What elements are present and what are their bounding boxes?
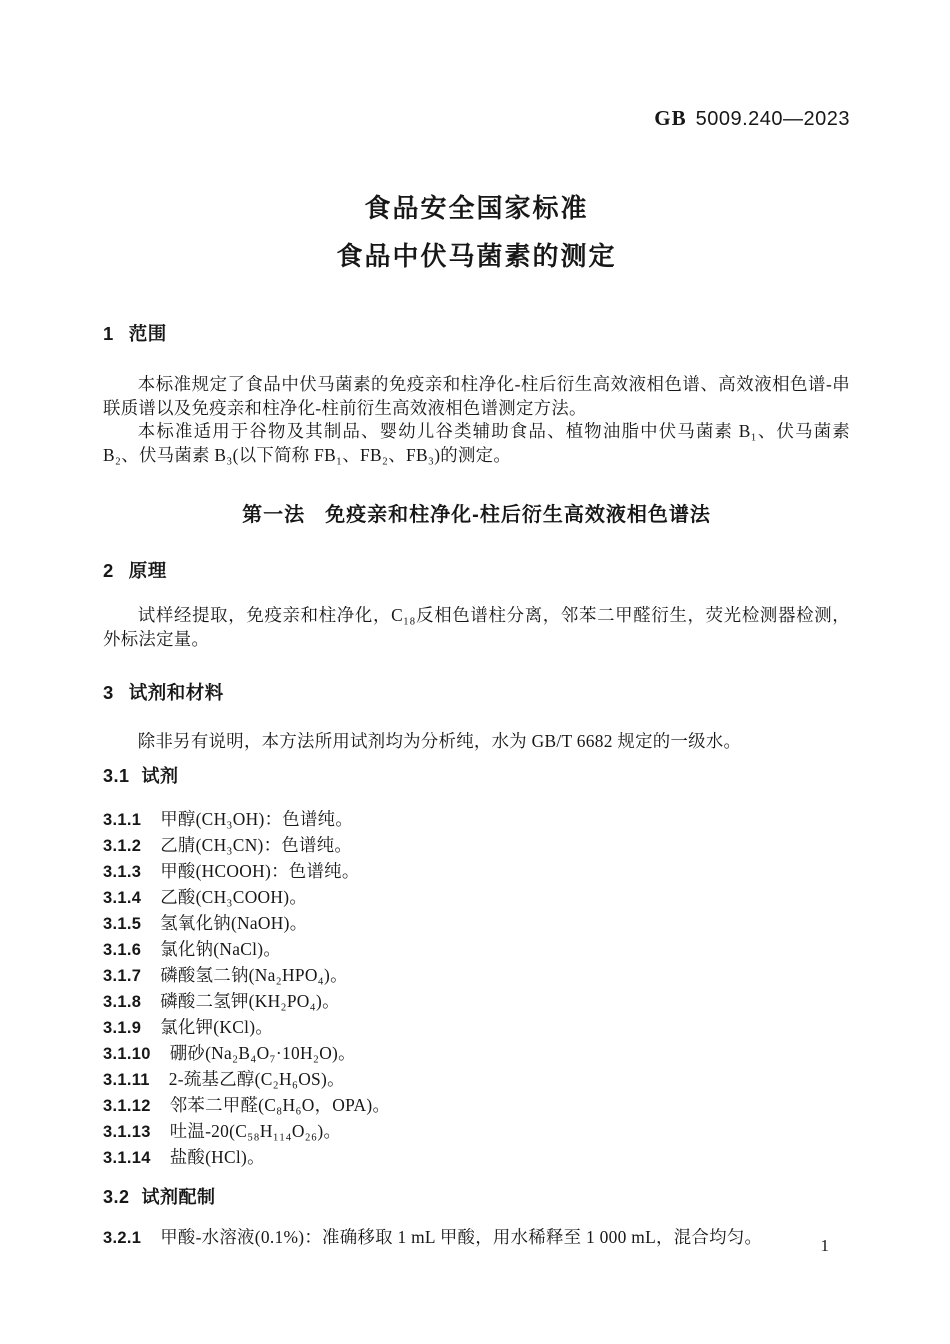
reagent-clause: 3.1.8磷酸二氢钾(KH₂PO₄)。 (103, 989, 850, 1015)
preparation-list: 3.2.1甲酸-水溶液(0.1%)：准确移取 1 mL 甲酸，用水稀释至 1 0… (103, 1225, 850, 1251)
clause-text: 氯化钾(KCl)。 (160, 1017, 273, 1037)
clause-text: 吐温-20(C₅₈H₁₁₄O₂₆)。 (170, 1121, 342, 1141)
scope-paragraph-1: 本标准规定了食品中伏马菌素的免疫亲和柱净化-柱后衍生高效液相色谱、高效液相色谱-… (103, 373, 850, 420)
clause-number: 3.1.5 (103, 912, 141, 937)
reagent-clause: 3.1.3甲酸(HCOOH)：色谱纯。 (103, 859, 850, 885)
clause-text: 甲醇(CH₃OH)：色谱纯。 (160, 809, 353, 829)
clause-text: 乙酸(CH₃COOH)。 (160, 887, 307, 907)
section-2-number: 2 (103, 560, 114, 582)
clause-number: 3.1.10 (103, 1042, 151, 1067)
scope-paragraph-2: 本标准适用于谷物及其制品、婴幼儿谷类辅助食品、植物油脂中伏马菌素 B₁、伏马菌素… (103, 420, 850, 467)
reagents-note-paragraph: 除非另有说明，本方法所用试剂均为分析纯，水为 GB/T 6682 规定的一级水。 (103, 730, 850, 754)
clause-number: 3.1.9 (103, 1016, 141, 1041)
section-1-number: 1 (103, 323, 114, 345)
standard-document-page: GB5009.240—2023 食品安全国家标准 食品中伏马菌素的测定 1范围 … (0, 0, 950, 1344)
clause-number: 3.1.6 (103, 938, 141, 963)
clause-number: 3.2.1 (103, 1226, 141, 1251)
section-3-number: 3 (103, 682, 114, 704)
clause-text: 氯化钠(NaCl)。 (160, 939, 281, 959)
preparation-clause: 3.2.1甲酸-水溶液(0.1%)：准确移取 1 mL 甲酸，用水稀释至 1 0… (103, 1225, 850, 1251)
reagent-clause: 3.1.4乙酸(CH₃COOH)。 (103, 885, 850, 911)
clause-text: 乙腈(CH₃CN)：色谱纯。 (160, 835, 352, 855)
reagent-clause: 3.1.10硼砂(Na₂B₄O₇·10H₂O)。 (103, 1041, 850, 1067)
page-number: 1 (821, 1236, 830, 1256)
reagent-clause: 3.1.2乙腈(CH₃CN)：色谱纯。 (103, 833, 850, 859)
clause-text: 硼砂(Na₂B₄O₇·10H₂O)。 (170, 1043, 356, 1063)
clause-text: 甲酸(HCOOH)：色谱纯。 (160, 861, 359, 881)
reagent-clause: 3.1.12邻苯二甲醛(C₈H₆O，OPA)。 (103, 1093, 850, 1119)
section-3-1-number: 3.1 (103, 766, 130, 787)
section-1-heading: 1范围 (103, 323, 850, 345)
clause-text: 2-巯基乙醇(C₂H₆OS)。 (169, 1069, 345, 1089)
reagent-clause: 3.1.6氯化钠(NaCl)。 (103, 937, 850, 963)
section-3-heading: 3试剂和材料 (103, 682, 850, 704)
clause-number: 3.1.4 (103, 886, 141, 911)
clause-number: 3.1.2 (103, 834, 141, 859)
document-title-line1: 食品安全国家标准 (103, 193, 850, 223)
section-3-2-number: 3.2 (103, 1187, 130, 1208)
section-3-2-heading: 3.2试剂配制 (103, 1187, 850, 1208)
reagent-clause: 3.1.9氯化钾(KCl)。 (103, 1015, 850, 1041)
document-title-line2: 食品中伏马菌素的测定 (103, 241, 850, 271)
clause-text: 甲酸-水溶液(0.1%)：准确移取 1 mL 甲酸，用水稀释至 1 000 mL… (160, 1227, 762, 1247)
section-3-2-title: 试剂配制 (142, 1187, 216, 1207)
clause-number: 3.1.7 (103, 964, 141, 989)
clause-text: 邻苯二甲醛(C₈H₆O，OPA)。 (170, 1095, 390, 1115)
principle-paragraph: 试样经提取，免疫亲和柱净化，C₁₈反相色谱柱分离，邻苯二甲醛衍生，荧光检测器检测… (103, 604, 850, 651)
clause-number: 3.1.8 (103, 990, 141, 1015)
reagent-list: 3.1.1甲醇(CH₃OH)：色谱纯。 3.1.2乙腈(CH₃CN)：色谱纯。 … (103, 807, 850, 1171)
section-3-1-heading: 3.1试剂 (103, 766, 850, 787)
section-1-title: 范围 (129, 323, 167, 344)
reagent-clause: 3.1.13吐温-20(C₅₈H₁₁₄O₂₆)。 (103, 1119, 850, 1145)
clause-number: 3.1.1 (103, 808, 141, 833)
clause-number: 3.1.14 (103, 1146, 151, 1171)
section-2-heading: 2原理 (103, 560, 850, 582)
clause-number: 3.1.3 (103, 860, 141, 885)
clause-text: 磷酸氢二钠(Na₂HPO₄)。 (160, 965, 348, 985)
document-body: 食品安全国家标准 食品中伏马菌素的测定 1范围 本标准规定了食品中伏马菌素的免疫… (103, 0, 850, 1251)
reagent-clause: 3.1.112-巯基乙醇(C₂H₆OS)。 (103, 1067, 850, 1093)
reagent-clause: 3.1.1甲醇(CH₃OH)：色谱纯。 (103, 807, 850, 833)
method-1-title: 免疫亲和柱净化-柱后衍生高效液相色谱法 (325, 504, 711, 526)
clause-number: 3.1.12 (103, 1094, 151, 1119)
reagent-clause: 3.1.14盐酸(HCl)。 (103, 1145, 850, 1171)
method-1-heading: 第一法免疫亲和柱净化-柱后衍生高效液相色谱法 (103, 504, 850, 527)
section-3-title: 试剂和材料 (129, 682, 224, 703)
method-1-number: 第一法 (242, 504, 305, 527)
reagent-clause: 3.1.5氢氧化钠(NaOH)。 (103, 911, 850, 937)
clause-text: 氢氧化钠(NaOH)。 (160, 913, 307, 933)
clause-text: 磷酸二氢钾(KH₂PO₄)。 (160, 991, 340, 1011)
section-2-title: 原理 (129, 560, 167, 581)
reagent-clause: 3.1.7磷酸氢二钠(Na₂HPO₄)。 (103, 963, 850, 989)
section-3-1-title: 试剂 (142, 766, 179, 786)
clause-text: 盐酸(HCl)。 (170, 1147, 265, 1167)
clause-number: 3.1.13 (103, 1120, 151, 1145)
clause-number: 3.1.11 (103, 1068, 150, 1093)
